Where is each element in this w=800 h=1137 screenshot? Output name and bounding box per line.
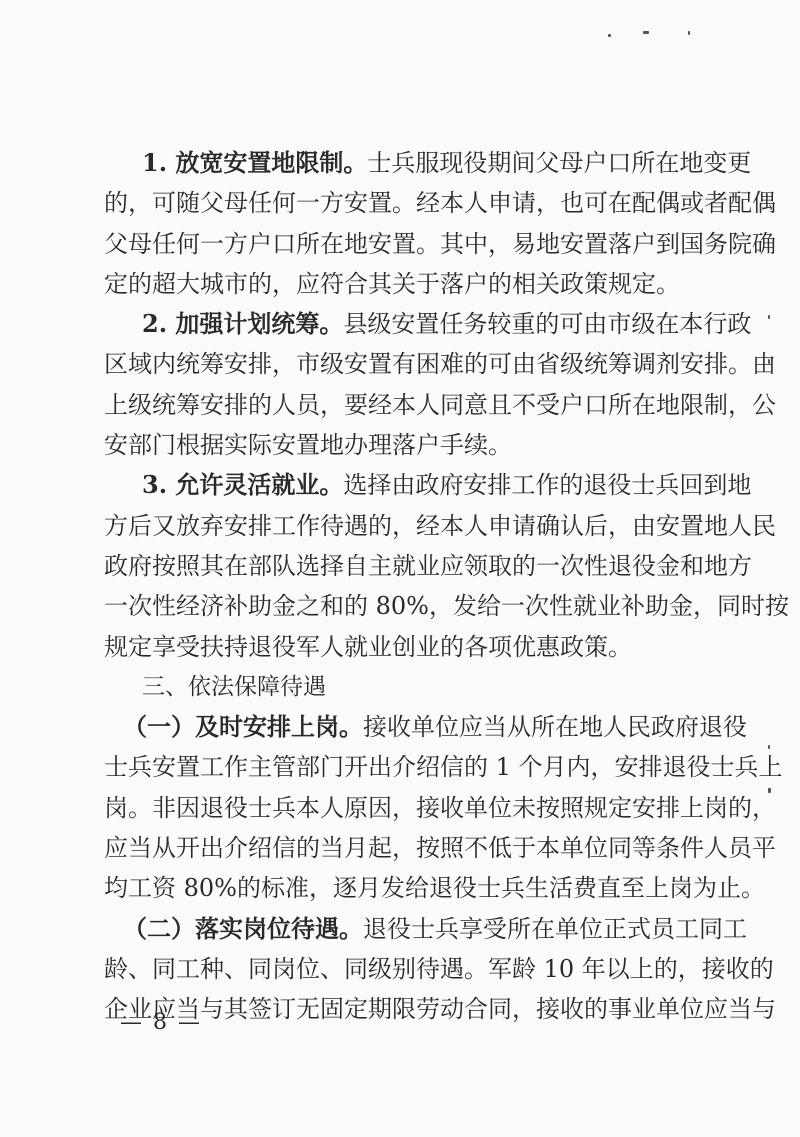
document-page: 1. 放宽安置地限制。士兵服现役期间父母户口所在地变更 的，可随父母任何一方安置…: [0, 0, 800, 1137]
section-heading: 三、依法保障待遇: [104, 667, 699, 707]
paragraph-line: 安部门根据实际安置地办理落户手续。: [104, 425, 699, 465]
paragraph-line: 上级统筹安排的人员，要经本人同意且不受户口所在地限制，公: [104, 385, 699, 425]
paragraph-line: 2. 加强计划统筹。县级安置任务较重的可由市级在本行政: [104, 304, 699, 344]
paragraph-line: 政府按照其在部队选择自主就业应领取的一次性退役金和地方: [104, 546, 699, 586]
paragraph-line: 定的超大城市的，应符合其关于落户的相关政策规定。: [104, 264, 699, 304]
paragraph-line: 一次性经济补助金之和的 80%，发给一次性就业补助金，同时按: [104, 586, 699, 626]
scan-mark: [768, 745, 770, 749]
paragraph-lead: 3. 允许灵活就业。: [142, 470, 343, 499]
scan-mark: [768, 788, 771, 793]
paragraph-lead: 2. 加强计划统筹。: [142, 309, 343, 338]
paragraph-lead: （二）落实岗位待遇。: [123, 914, 363, 943]
paragraph-line: 1. 放宽安置地限制。士兵服现役期间父母户口所在地变更: [104, 143, 699, 183]
paragraph-line: （一）及时安排上岗。接收单位应当从所在地人民政府退役: [104, 707, 699, 747]
paragraph-line: （二）落实岗位待遇。退役士兵享受所在单位正式员工同工: [104, 909, 699, 949]
paragraph-line: 规定享受扶持退役军人就业创业的各项优惠政策。: [104, 627, 699, 667]
paragraph-line: 区域内统筹安排，市级安置有困难的可由省级统筹调剂安排。由: [104, 344, 699, 384]
scan-mark: [768, 315, 770, 319]
scan-mark: [688, 31, 690, 35]
paragraph-line: 的，可随父母任何一方安置。经本人申请，也可在配偶或者配偶: [104, 183, 699, 223]
paragraph-line: 应当从开出介绍信的当月起，按照不低于本单位同等条件人员平: [104, 828, 699, 868]
paragraph-line: 龄、同工种、同岗位、同级别待遇。军龄 10 年以上的，接收的: [104, 949, 699, 989]
paragraph-lead: 1. 放宽安置地限制。: [142, 148, 367, 177]
paragraph-line: 士兵安置工作主管部门开出介绍信的 1 个月内，安排退役士兵上: [104, 747, 699, 787]
page-number: — 8 —: [120, 1008, 202, 1038]
paragraph-line: 父母任何一方户口所在地安置。其中，易地安置落户到国务院确: [104, 224, 699, 264]
paragraph-line: 均工资 80%的标准，逐月发给退役士兵生活费直至上岗为止。: [104, 868, 699, 908]
paragraph-line: 方后又放弃安排工作待遇的，经本人申请确认后，由安置地人民: [104, 506, 699, 546]
scan-mark: [608, 34, 611, 37]
paragraph-lead: （一）及时安排上岗。: [123, 712, 363, 741]
body-text: 1. 放宽安置地限制。士兵服现役期间父母户口所在地变更 的，可随父母任何一方安置…: [104, 143, 699, 1030]
scan-mark: [643, 31, 649, 34]
paragraph-line: 岗。非因退役士兵本人原因，接收单位未按照规定安排上岗的，: [104, 788, 699, 828]
paragraph-line: 3. 允许灵活就业。选择由政府安排工作的退役士兵回到地: [104, 465, 699, 505]
